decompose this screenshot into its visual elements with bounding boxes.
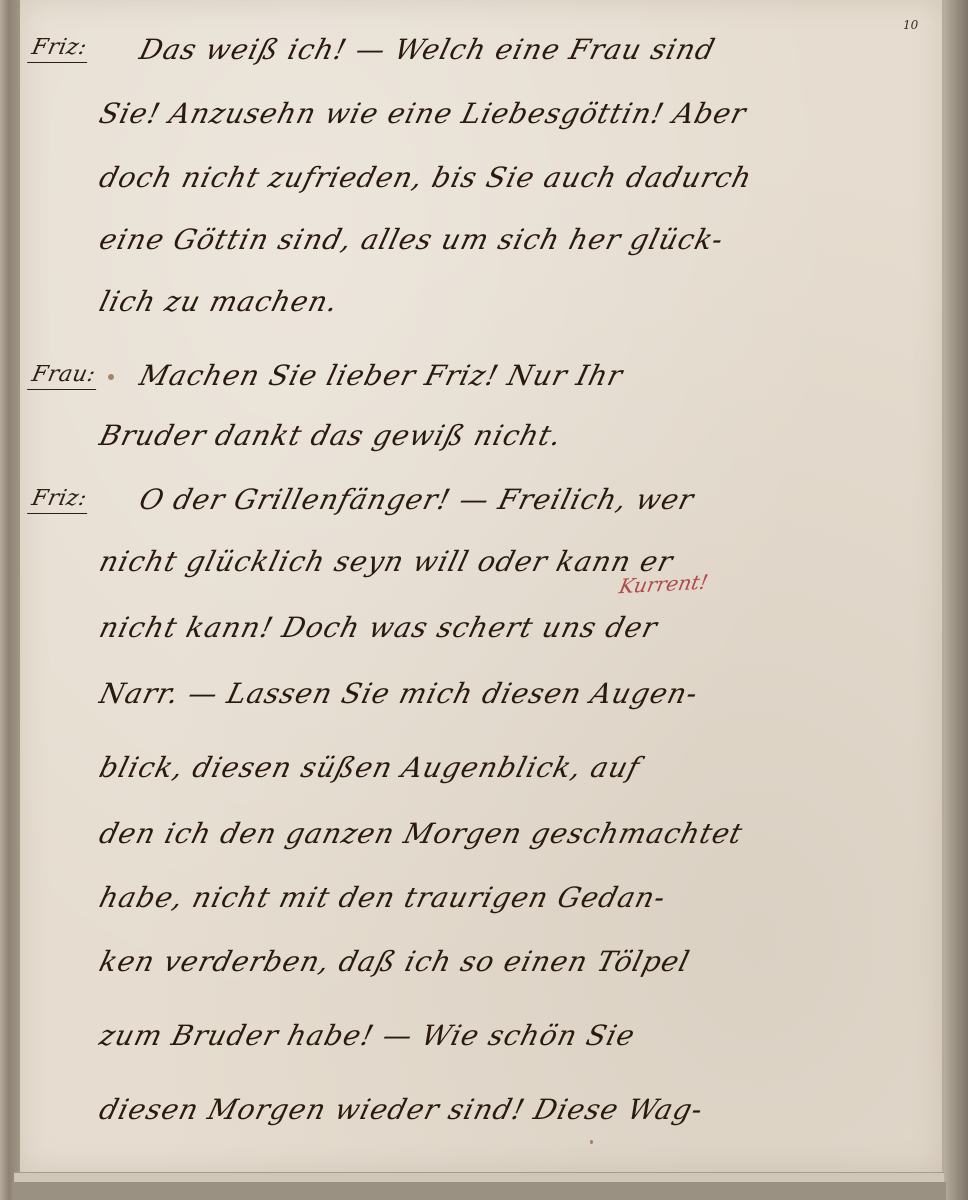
ink-speck: [590, 1140, 593, 1144]
red-ink-annotation: Kurrent!: [617, 570, 710, 599]
manuscript-line: eine Göttin sind, alles um sich her glüc…: [96, 222, 913, 258]
manuscript-line: Bruder dankt das gewiß nicht.: [96, 418, 913, 454]
manuscript-line: nicht glücklich seyn will oder kann er: [96, 544, 913, 580]
speaker-label-friz: Friz:: [27, 486, 93, 514]
manuscript-line: Narr. — Lassen Sie mich diesen Augen-: [96, 676, 913, 712]
manuscript-line: ken verderben, daß ich so einen Tölpel: [96, 944, 913, 980]
manuscript-line: doch nicht zufrieden, bis Sie auch dadur…: [96, 160, 913, 196]
manuscript-line: nicht kann! Doch was schert uns der: [96, 610, 913, 646]
speaker-label-frau: Frau:: [27, 362, 102, 390]
manuscript-line: O der Grillenfänger! — Freilich, wer: [136, 482, 913, 518]
manuscript-line: lich zu machen.: [96, 284, 913, 320]
manuscript-line: Sie! Anzusehn wie eine Liebesgöttin! Abe…: [96, 96, 913, 132]
manuscript-line: habe, nicht mit den traurigen Gedan-: [96, 880, 913, 916]
manuscript-line: Machen Sie lieber Friz! Nur Ihr: [136, 358, 913, 394]
page-number: 10: [903, 18, 918, 32]
ink-speck: [108, 374, 114, 380]
manuscript-line: zum Bruder habe! — Wie schön Sie: [96, 1018, 913, 1054]
manuscript-line: diesen Morgen wieder sind! Diese Wag-: [96, 1092, 913, 1128]
book-binding-left: [0, 0, 22, 1200]
manuscript-line: Das weiß ich! — Welch eine Frau sind: [136, 32, 913, 68]
speaker-label-friz: Friz:: [27, 35, 93, 63]
manuscript-line: blick, diesen süßen Augenblick, auf: [96, 750, 913, 786]
manuscript-line: den ich den ganzen Morgen geschmachtet: [96, 816, 913, 852]
book-cover-edge: [12, 1182, 946, 1200]
